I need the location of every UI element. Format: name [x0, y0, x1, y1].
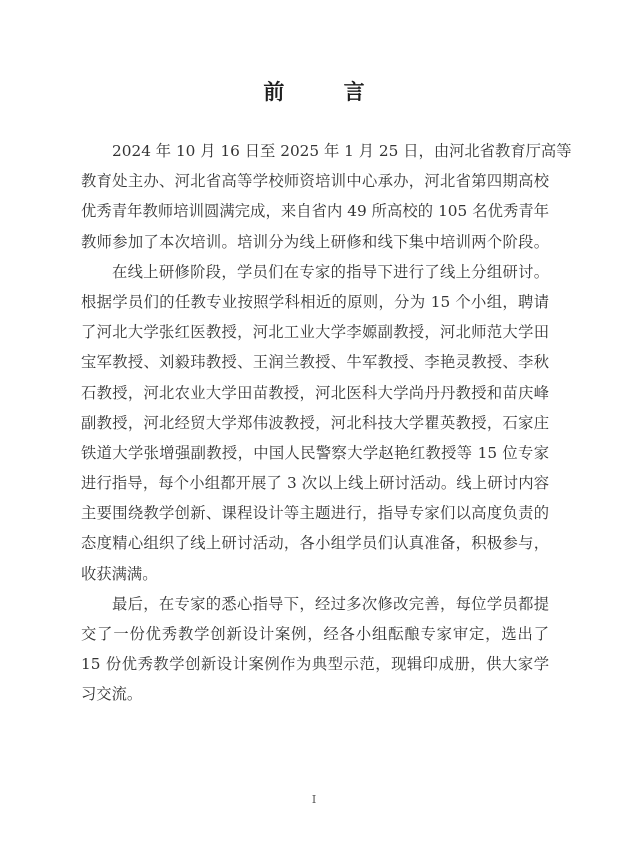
text-line: 收获满满。: [81, 559, 549, 589]
text-line: 习交流。: [81, 679, 549, 709]
page-number: I: [0, 793, 628, 806]
page-title: 前 言: [0, 76, 628, 106]
text-line: 铁道大学张增强副教授，中国人民警察大学赵艳红教授等 15 位专家: [81, 438, 549, 468]
text-line: 2024 年 10 月 16 日至 2025 年 1 月 25 日，由河北省教育…: [81, 136, 549, 166]
preface-body: 2024 年 10 月 16 日至 2025 年 1 月 25 日，由河北省教育…: [81, 136, 549, 710]
paragraph-3: 最后，在专家的悉心指导下，经过多次修改完善，每位学员都提 交了一份优秀教学创新设…: [81, 589, 549, 710]
text-line: 石教授，河北农业大学田苗教授，河北医科大学尚丹丹教授和苗庆峰: [81, 378, 549, 408]
text-line: 根据学员们的任教专业按照学科相近的原则，分为 15 个小组，聘请: [81, 287, 549, 317]
paragraph-2: 在线上研修阶段，学员们在专家的指导下进行了线上分组研讨。 根据学员们的任教专业按…: [81, 257, 549, 589]
text-line: 在线上研修阶段，学员们在专家的指导下进行了线上分组研讨。: [81, 257, 549, 287]
text-line: 了河北大学张红医教授，河北工业大学李嫄副教授，河北师范大学田: [81, 317, 549, 347]
paragraph-1: 2024 年 10 月 16 日至 2025 年 1 月 25 日，由河北省教育…: [81, 136, 549, 257]
document-page: 前 言 2024 年 10 月 16 日至 2025 年 1 月 25 日，由河…: [0, 0, 628, 846]
text-line: 进行指导，每个小组都开展了 3 次以上线上研讨活动。线上研讨内容: [81, 468, 549, 498]
text-line: 宝军教授、刘毅玮教授、王润兰教授、牛军教授、李艳灵教授、李秋: [81, 347, 549, 377]
text-line: 15 份优秀教学创新设计案例作为典型示范，现辑印成册，供大家学: [81, 649, 549, 679]
text-line: 最后，在专家的悉心指导下，经过多次修改完善，每位学员都提: [81, 589, 549, 619]
text-line: 态度精心组织了线上研讨活动，各小组学员们认真准备，积极参与，: [81, 528, 549, 558]
text-line: 交了一份优秀教学创新设计案例，经各小组酝酿专家审定，选出了: [81, 619, 549, 649]
text-line: 主要围绕教学创新、课程设计等主题进行，指导专家们以高度负责的: [81, 498, 549, 528]
text-line: 教师参加了本次培训。培训分为线上研修和线下集中培训两个阶段。: [81, 227, 549, 257]
text-line: 教育处主办、河北省高等学校师资培训中心承办，河北省第四期高校: [81, 166, 549, 196]
text-line: 副教授，河北经贸大学郑伟波教授，河北科技大学瞿英教授，石家庄: [81, 408, 549, 438]
text-line: 优秀青年教师培训圆满完成，来自省内 49 所高校的 105 名优秀青年: [81, 196, 549, 226]
